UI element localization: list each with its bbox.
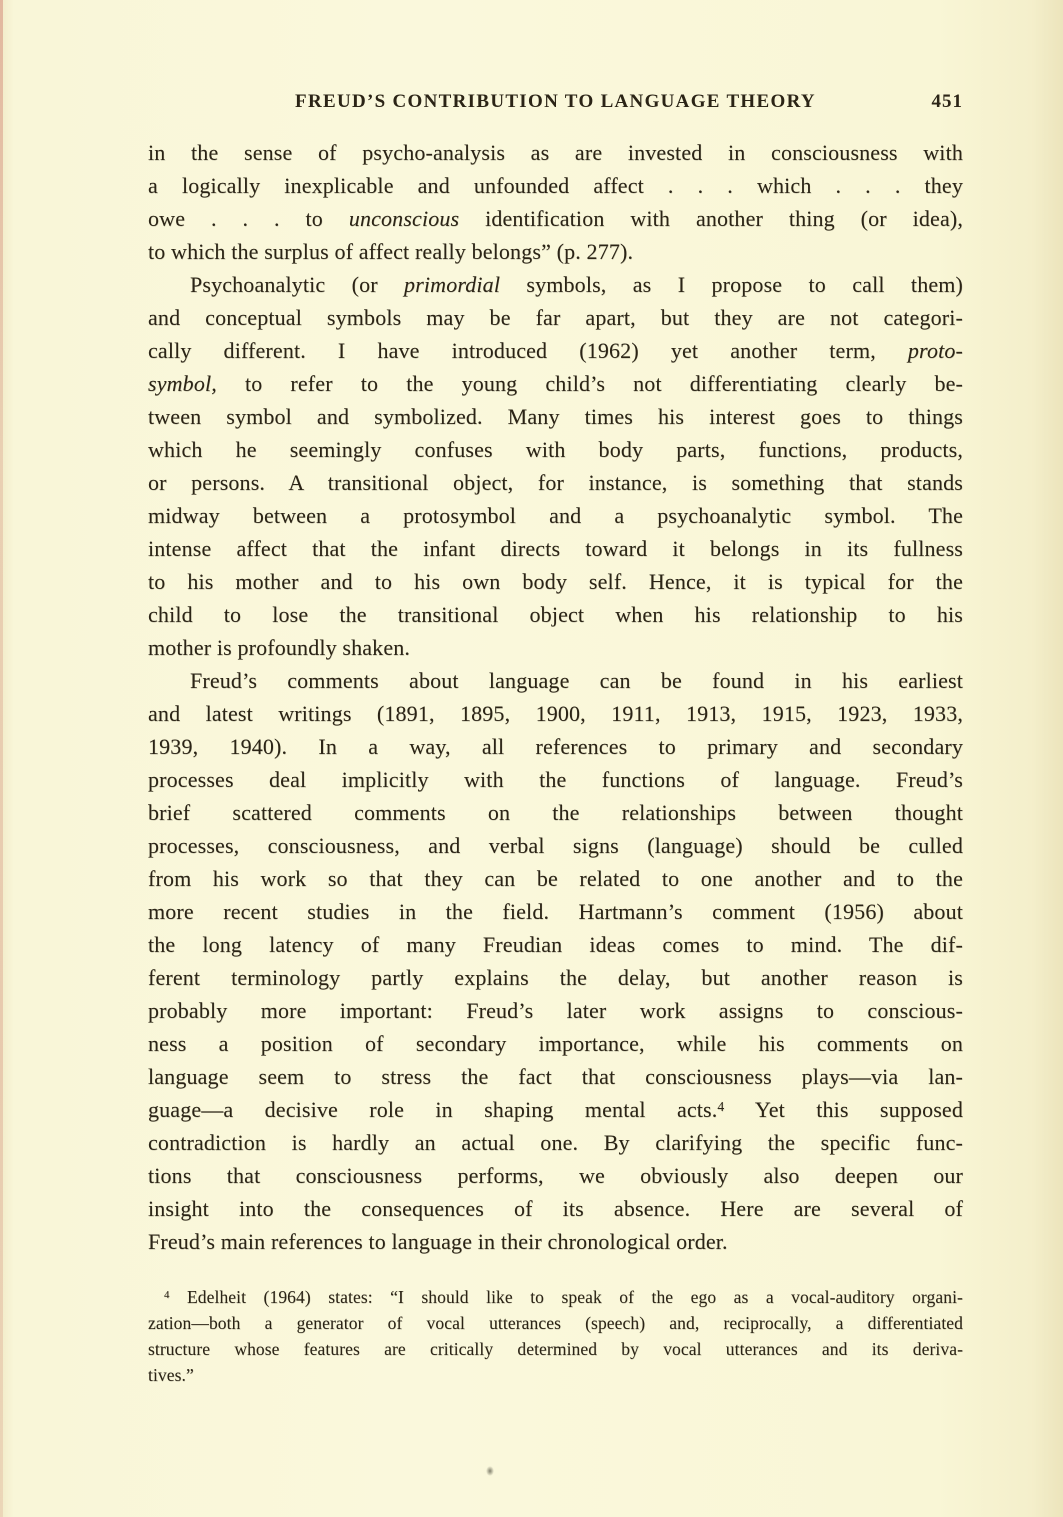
text-line: Psychoanalytic (or primordial symbols, a… <box>148 268 963 301</box>
text-line: guage—a decisive role in shaping mental … <box>148 1093 963 1126</box>
text-line: insight into the consequences of its abs… <box>148 1192 963 1225</box>
page-title: FREUD’S CONTRIBUTION TO LANGUAGE THEORY <box>148 90 963 114</box>
text-line: midway between a protosymbol and a psych… <box>148 499 963 532</box>
text-line: from his work so that they can be relate… <box>148 862 963 895</box>
text-line: brief scattered comments on the relation… <box>148 796 963 829</box>
body-text: in the sense of psycho-analysis as are i… <box>148 136 963 1258</box>
book-page: FREUD’S CONTRIBUTION TO LANGUAGE THEORY … <box>0 0 1063 1517</box>
text-line: and conceptual symbols may be far apart,… <box>148 301 963 334</box>
page-number: 451 <box>932 90 964 114</box>
text-line: mother is profoundly shaken. <box>148 631 963 664</box>
text-line: symbol, to refer to the young child’s no… <box>148 367 963 400</box>
footnote: 4 Edelheit (1964) states: “I should like… <box>148 1284 963 1388</box>
text-line: tween symbol and symbolized. Many times … <box>148 400 963 433</box>
text-line: Freud’s main references to language in t… <box>148 1225 963 1258</box>
text-line: tives.” <box>148 1362 963 1388</box>
text-line: the long latency of many Freudian ideas … <box>148 928 963 961</box>
text-line: zation—both a generator of vocal utteran… <box>148 1310 963 1336</box>
text-line: structure whose features are critically … <box>148 1336 963 1362</box>
text-line: processes, consciousness, and verbal sig… <box>148 829 963 862</box>
text-line: child to lose the transitional object wh… <box>148 598 963 631</box>
text-line: ness a position of secondary importance,… <box>148 1027 963 1060</box>
text-line: to his mother and to his own body self. … <box>148 565 963 598</box>
paragraph: in the sense of psycho-analysis as are i… <box>148 136 963 268</box>
text-line: which he seemingly confuses with body pa… <box>148 433 963 466</box>
text-line: a logically inexplicable and unfounded a… <box>148 169 963 202</box>
text-line: or persons. A transitional object, for i… <box>148 466 963 499</box>
text-line: cally different. I have introduced (1962… <box>148 334 963 367</box>
text-line: more recent studies in the field. Hartma… <box>148 895 963 928</box>
text-line: contradiction is hardly an actual one. B… <box>148 1126 963 1159</box>
text-line: to which the surplus of affect really be… <box>148 235 963 268</box>
text-line: language seem to stress the fact that co… <box>148 1060 963 1093</box>
text-line: processes deal implicitly with the funct… <box>148 763 963 796</box>
text-line: owe . . . to unconscious identification … <box>148 202 963 235</box>
text-line: in the sense of psycho-analysis as are i… <box>148 136 963 169</box>
text-line: ferent terminology partly explains the d… <box>148 961 963 994</box>
paragraph: Freud’s comments about language can be f… <box>148 664 963 1258</box>
text-line: 1939, 1940). In a way, all references to… <box>148 730 963 763</box>
text-line: intense affect that the infant directs t… <box>148 532 963 565</box>
text-line: Freud’s comments about language can be f… <box>148 664 963 697</box>
text-line: 4 Edelheit (1964) states: “I should like… <box>148 1284 963 1310</box>
paragraph: Psychoanalytic (or primordial symbols, a… <box>148 268 963 664</box>
ink-speck <box>486 1466 494 1476</box>
text-line: and latest writings (1891, 1895, 1900, 1… <box>148 697 963 730</box>
text-line: tions that consciousness performs, we ob… <box>148 1159 963 1192</box>
text-line: probably more important: Freud’s later w… <box>148 994 963 1027</box>
paragraph: 4 Edelheit (1964) states: “I should like… <box>148 1284 963 1388</box>
running-head: FREUD’S CONTRIBUTION TO LANGUAGE THEORY … <box>148 90 963 120</box>
